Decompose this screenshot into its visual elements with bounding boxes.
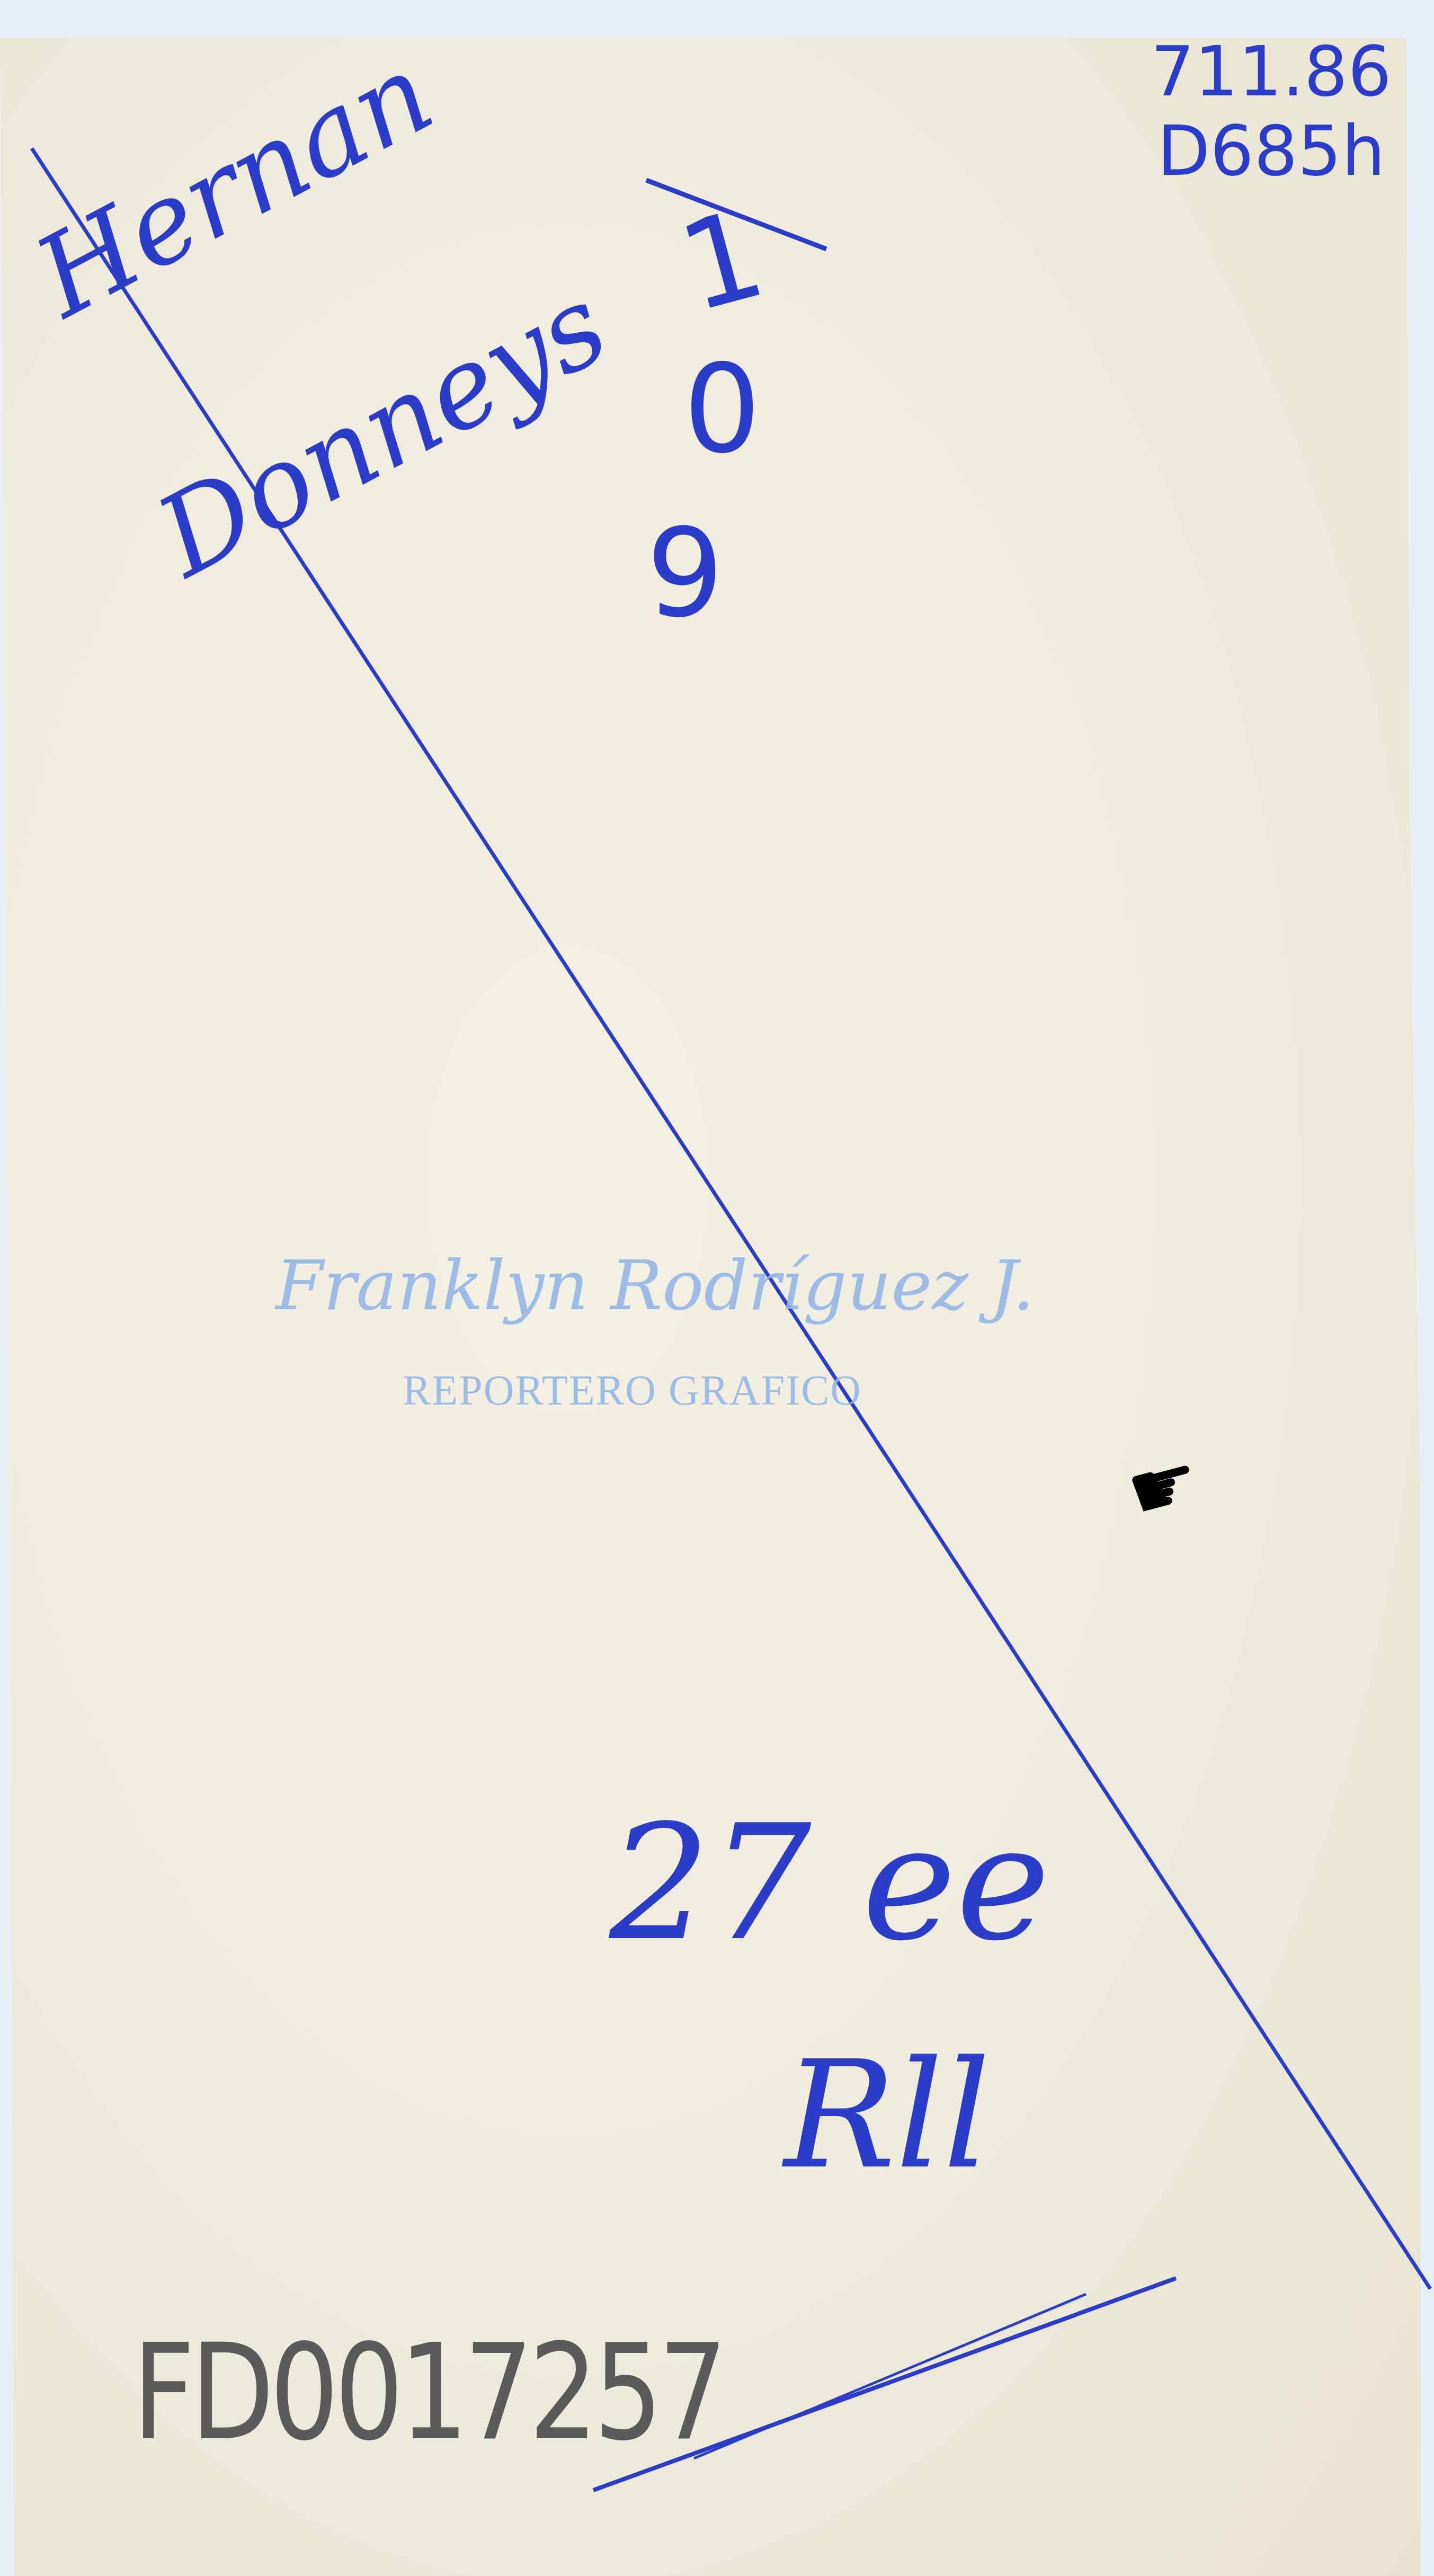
pencil-archive-id: FD0017257 [132, 2315, 723, 2470]
handwritten-number-2: 0 [683, 339, 761, 481]
catalog-number-line-1: 711.86 [1151, 32, 1392, 111]
catalog-number: 711.86 D685h [1151, 32, 1392, 191]
handwritten-date: 27 ee [609, 1791, 1050, 1976]
stamp-photographer-title: REPORTERO GRAFICO [403, 1367, 862, 1415]
stamp-photographer-name: Franklyn Rodríguez J. [275, 1245, 1035, 1326]
catalog-number-line-2: D685h [1151, 111, 1392, 191]
handwritten-initials: Rll [784, 2029, 991, 2202]
handwritten-number-3: 9 [646, 503, 724, 645]
